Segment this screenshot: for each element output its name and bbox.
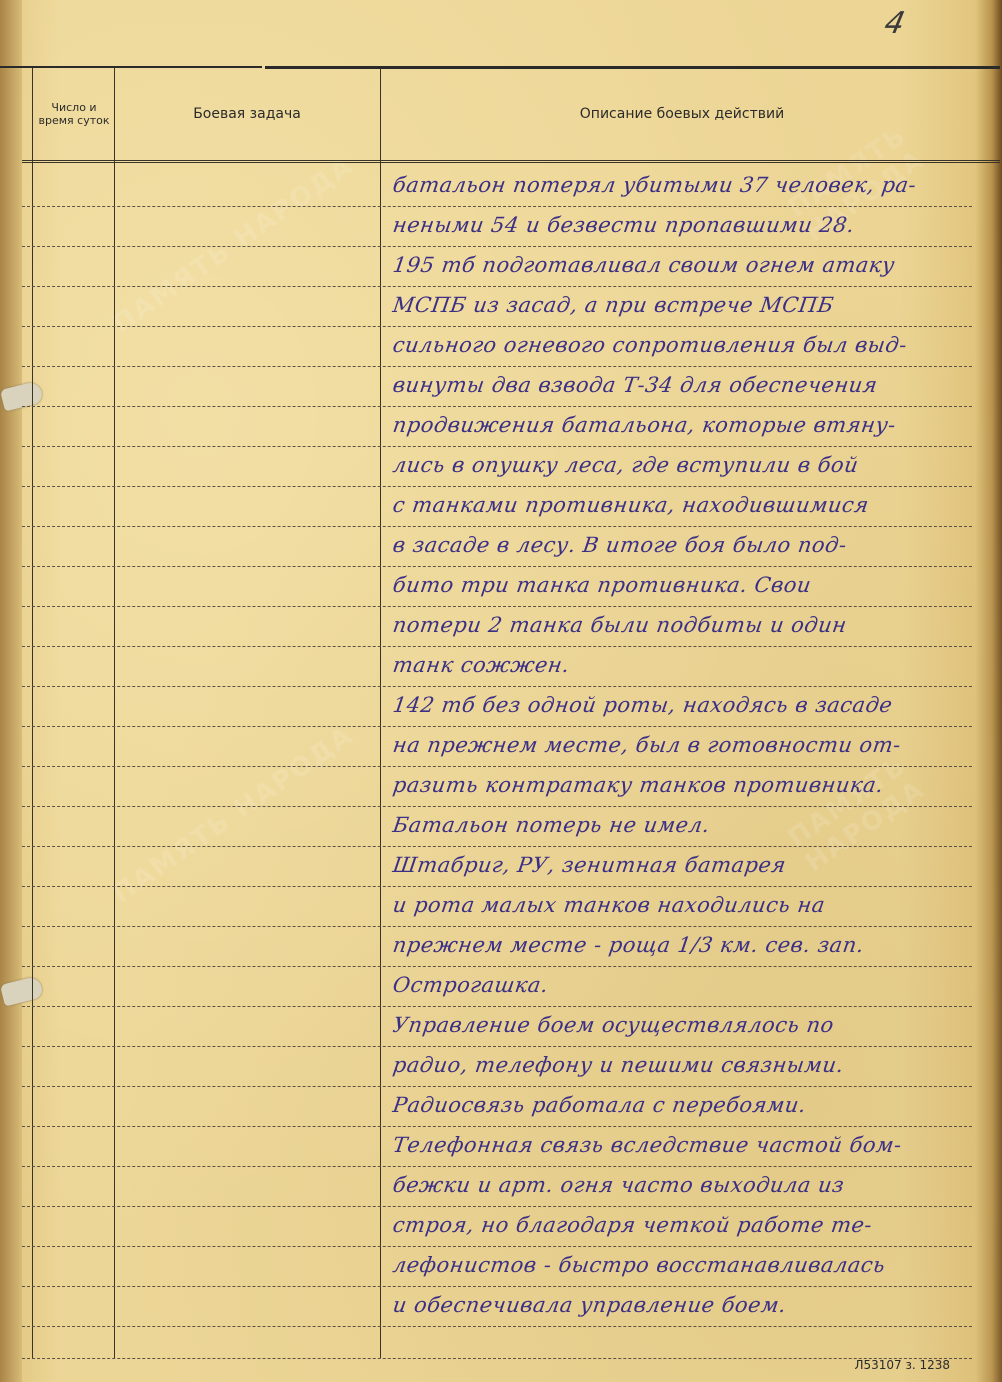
- header-description: Описание боевых действий: [382, 68, 982, 160]
- handwritten-line: танк сожжен.: [389, 653, 571, 691]
- binding-spine: [0, 0, 22, 1382]
- handwritten-line: неными 54 и безвести пропавшими 28.: [389, 213, 856, 251]
- handwritten-line: бежки и арт. огня часто выходила из: [389, 1173, 846, 1211]
- handwritten-line: строя, но благодаря четкой работе те-: [389, 1213, 873, 1251]
- column-divider: [114, 68, 115, 1358]
- handwritten-line: и рота малых танков находились на: [389, 893, 826, 931]
- handwritten-line: разить контратаку танков противника.: [389, 773, 885, 811]
- handwritten-line: и обеспечивала управление боем.: [389, 1293, 788, 1331]
- scanned-page: ПАМЯТЬ НАРОДА ПАМЯТЬ НАРОДА ПАМЯТЬ НАРОД…: [0, 0, 1002, 1382]
- handwritten-line: потери 2 танка были подбиты и один: [389, 613, 848, 651]
- handwritten-line: 195 тб подготавливал своим огнем атаку: [389, 253, 896, 291]
- header-combat-task: Боевая задача: [116, 68, 378, 160]
- page-number: 4: [881, 6, 908, 41]
- handwritten-line: на прежнем месте, был в готовности от-: [389, 733, 902, 771]
- handwritten-line: Батальон потерь не имел.: [389, 813, 711, 851]
- handwritten-line: сильного огневого сопротивления был выд-: [389, 333, 908, 371]
- handwritten-line: Радиосвязь работала с перебоями.: [389, 1093, 808, 1131]
- column-divider: [380, 68, 381, 1358]
- bottom-rule: [22, 1358, 972, 1359]
- handwritten-line: радио, телефону и пешими связными.: [389, 1053, 845, 1091]
- handwritten-line: в засаде в лесу. В итоге боя было под-: [389, 533, 848, 571]
- handwritten-line: Управление боем осуществлялось по: [389, 1013, 835, 1051]
- handwritten-line: Телефонная связь вследствие частой бом-: [389, 1133, 903, 1171]
- handwritten-line: винуты два взвода Т-34 для обеспечения: [389, 373, 879, 411]
- handwritten-line: батальон потерял убитыми 37 человек, ра-: [389, 173, 918, 211]
- handwritten-line: МСПБ из засад, а при встрече МСПБ: [389, 293, 835, 331]
- handwritten-line: продвижения батальона, которые втяну-: [389, 413, 897, 451]
- handwritten-line: Острогашка.: [389, 973, 550, 1011]
- handwritten-line: лись в опушку леса, где вступили в бой: [389, 453, 860, 491]
- column-divider: [32, 68, 33, 1358]
- handwritten-line: прежнем месте - роща 1/3 км. сев. зап.: [389, 933, 865, 971]
- handwritten-line: бито три танка противника. Свои: [389, 573, 812, 611]
- table-header: Число и время суток Боевая задача Описан…: [22, 68, 1000, 163]
- handwritten-line: с танками противника, находившимися: [389, 493, 870, 531]
- handwritten-line: 142 тб без одной роты, находясь в засаде: [389, 693, 894, 731]
- form-code: Л53107 з. 1238: [854, 1358, 950, 1372]
- handwritten-line: Штабриг, РУ, зенитная батарея: [389, 853, 787, 891]
- combat-log-table: Число и время суток Боевая задача Описан…: [22, 68, 1000, 1358]
- header-date-time: Число и время суток: [36, 68, 112, 160]
- handwritten-line: лефонистов - быстро восстанавливалась: [389, 1253, 887, 1291]
